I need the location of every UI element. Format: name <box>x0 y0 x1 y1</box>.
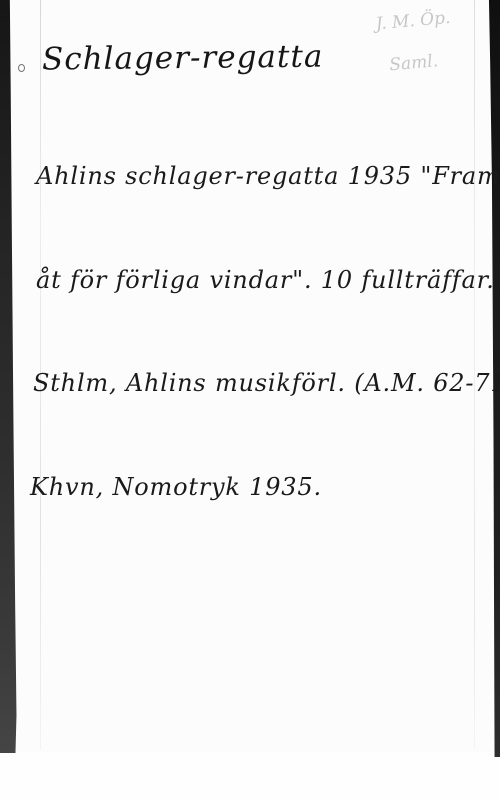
card-body-line-1: Ahlins schlager-regatta 1935 "Fram- <box>36 159 500 194</box>
card-title: Schlager-regatta <box>42 39 324 78</box>
pencil-annotation-line2: Saml. <box>389 51 439 75</box>
card-body-line-4: Khvn, Nomotryk 1935. <box>30 470 500 505</box>
pencil-annotation-line1: J. M. Öp. <box>375 8 451 34</box>
card-body-line-3: Sthlm, Ahlins musikförl. (A.M. 62-71); T… <box>33 366 500 401</box>
card-body-line-2: åt för förliga vindar". 10 fullträffar. <box>36 263 500 298</box>
scan-edge-band-left <box>0 0 17 753</box>
pencil-annotation: J. M. Öp. Saml. <box>352 0 457 100</box>
scan-bottom-margin <box>0 752 500 800</box>
card-body-text: Ahlins schlager-regatta 1935 "Fram- åt f… <box>36 90 500 573</box>
ring-mark-icon <box>18 64 25 72</box>
catalog-card-scan: J. M. Öp. Saml. Schlager-regatta Ahlins … <box>0 0 500 800</box>
